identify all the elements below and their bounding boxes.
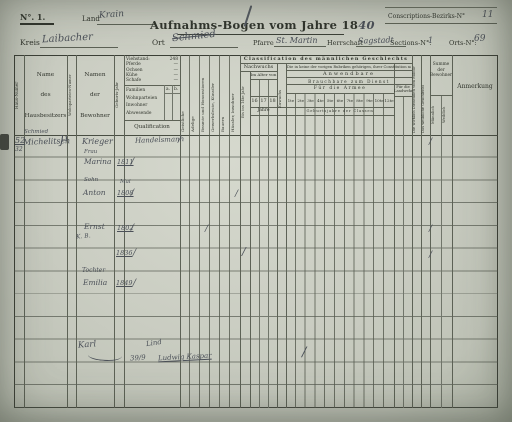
ort-label: Ort	[152, 38, 165, 47]
tally-mark: ∕	[429, 137, 432, 147]
col-hausbesitzer-line1: Name	[37, 72, 54, 78]
summe-header: Summe der Bewohner	[430, 62, 452, 79]
class-tick: 2te	[296, 98, 306, 103]
familien-col-b: b.	[174, 87, 178, 92]
class-tick: 10te	[374, 98, 384, 103]
grid-line	[250, 71, 251, 408]
resident-name: Emilia	[83, 278, 107, 287]
conscription-value-handwritten: 11	[482, 10, 493, 20]
age-tick: 16	[250, 98, 259, 104]
tally-mark: ∕	[235, 189, 238, 199]
nachwuchs-ages: 16 17 18	[250, 98, 277, 104]
form-title-text: Aufnahms-Bogen vom Jahre 18	[150, 18, 358, 32]
tally-mark: ∕	[429, 250, 432, 260]
tally-mark: ∕	[429, 224, 432, 234]
nachwuchs-header: Nachwuchs	[240, 64, 277, 70]
im-alter-von-label: Im Alter von	[250, 72, 277, 77]
age-tick: 18	[268, 98, 277, 104]
col-bewohner-line3: Bewohner	[80, 113, 110, 119]
tally-mark: ∕	[242, 245, 246, 258]
col-hausbesitzer: Name des Hausbesitzers	[24, 57, 67, 133]
grid-line	[441, 95, 442, 408]
class-col-label: Geistliche	[180, 56, 190, 134]
armee-column-lines	[286, 93, 393, 408]
grid-line	[164, 85, 165, 120]
tally-mark: ∕	[302, 345, 306, 360]
resident-relation: Frau	[84, 149, 97, 155]
class-tick: 7te	[345, 98, 355, 103]
grid-line	[250, 79, 277, 80]
resident-name: Anton	[83, 188, 106, 197]
col-bewohner-line1: Namen	[84, 72, 105, 78]
scanned-census-sheet: N°. 1. Land Krain Aufnahms-Bogen vom Jah…	[0, 0, 512, 422]
pfarre-label: Pfarre	[253, 39, 274, 47]
ort-rule	[170, 47, 238, 48]
grid-line	[259, 79, 260, 408]
resident-relation: Sohn	[84, 177, 98, 183]
resident-relation: Tochter	[82, 267, 105, 274]
owner-number-handwritten: 1	[64, 135, 68, 143]
age-tick: 17	[259, 98, 268, 104]
landwehr-header: Für die Landwehr	[394, 85, 412, 94]
summe-weiblich: Weiblich	[441, 97, 452, 133]
familien-box: Familien Wohnparteien Inwohner Abwesende	[126, 87, 163, 118]
col-weibliches-geschlecht: Das weibliche Geschlecht	[421, 57, 430, 133]
qualification-header: Qualification	[124, 124, 180, 130]
pfarre-rule	[274, 46, 326, 47]
resident-year-month: Mai	[120, 179, 131, 185]
sections-value-handwritten: 1	[428, 36, 433, 45]
land-label: Land	[82, 15, 100, 23]
grid-line	[394, 96, 412, 97]
class-tick: 12te	[384, 98, 394, 103]
nachwuchs-bis-label: Bis ins 14te Jahr	[240, 72, 250, 132]
signature-numbers-handwritten: 39/9	[130, 353, 146, 362]
scan-edge-smudge	[0, 134, 9, 150]
grid-line	[452, 55, 453, 408]
grid-line	[394, 63, 395, 408]
tally-mark: ∕	[178, 135, 181, 145]
class-tick: 8te	[355, 98, 365, 103]
house-note-handwritten: Schmied	[24, 129, 48, 135]
sheet-number: N°. 1.	[20, 12, 45, 22]
jahre-label: Jahre	[250, 108, 277, 113]
col-militar-dienende: Die wirklich Dienenden vom Militär	[412, 57, 421, 133]
class-tick: 5te	[325, 98, 335, 103]
class-tick: 4te	[315, 98, 325, 103]
class-col-label: Bauern	[220, 56, 230, 134]
armee-class-ticks: 1te 2te 3te 4te 5te 6te 7te 8te 9te 10te…	[286, 98, 394, 103]
grid-line	[250, 115, 394, 116]
col-hausbesitzer-line3: Hausbesitzers	[25, 113, 67, 119]
pfarre-value-handwritten: St. Martin	[276, 36, 318, 45]
grid-line	[403, 96, 404, 408]
col-geburts-jahr: Geburts-Jahr	[114, 57, 124, 133]
grid-line	[268, 79, 269, 408]
orts-no-value-handwritten: 69	[474, 34, 485, 44]
brauchbare-header: Brauchbare zum Dienst	[286, 79, 412, 84]
col-hausbesitzer-line2: des	[40, 92, 50, 98]
class-tick: 9te	[365, 98, 375, 103]
kreis-value-handwritten: Laibacher	[42, 32, 93, 46]
sheet-number-rule	[20, 23, 54, 25]
kreis-label: Kreis	[20, 38, 40, 47]
classification-footer: Geburtsjahre der Classen	[286, 109, 394, 113]
grid-line	[286, 93, 394, 94]
classification-title: Classification des männlichen Geschlecht…	[240, 56, 412, 62]
conscription-rule	[385, 23, 497, 24]
grid-line	[430, 95, 452, 96]
familien-row: Abwesende	[126, 110, 163, 118]
conscription-box-top-rule	[385, 7, 497, 8]
resident-year: 1849	[116, 279, 133, 287]
tally-mark: ∕	[133, 248, 136, 258]
col-bewohner: Namen der Bewohner	[76, 57, 114, 133]
tally-mark: ∕	[205, 224, 208, 234]
resident-year: 1836	[116, 249, 133, 257]
tally-mark: ∕	[131, 223, 134, 233]
viehstand-row-value: —	[174, 78, 178, 83]
anmerkung-header: Anmerkung	[452, 83, 498, 90]
tally-mark: ∕	[131, 157, 134, 167]
class-col-label: Adelige	[190, 56, 200, 134]
anwendbare-header: Anwendbare	[286, 71, 412, 77]
resident-qualification: Handelsmann	[135, 135, 184, 145]
summe-maennlich: Männlich	[430, 97, 441, 133]
familien-row: Wohnparteien	[126, 95, 163, 103]
class-tick: 1te	[286, 98, 296, 103]
class-tick: 6te	[335, 98, 345, 103]
class-col-label: Gewerbsleute, Künstler	[210, 56, 220, 134]
familien-header: Familien	[126, 87, 163, 95]
form-title: Aufnahms-Bogen vom Jahre 1840	[150, 18, 370, 32]
zuwachs-col-label: Zuwachs	[277, 66, 286, 132]
viehstand-row-label: Schafe	[126, 78, 141, 83]
land-rule	[97, 24, 155, 25]
kreis-rule	[40, 47, 118, 48]
familien-row: Inwohner	[126, 102, 163, 110]
grid-line	[124, 120, 180, 121]
col-wohnparteien-numer: Wohnparteien-Numer	[67, 57, 76, 133]
form-title-year-handwritten: 40	[358, 18, 375, 32]
resident-name: Ernst	[84, 222, 105, 231]
grid-line	[250, 96, 277, 97]
familien-col-a: a.	[166, 87, 170, 92]
grid-line	[172, 85, 173, 120]
class-columns-header: Geistliche Adelige Beamte und Honoratior…	[180, 56, 240, 134]
land-value-handwritten: Krain	[99, 9, 125, 21]
class-col-label: Häusler, Inwohner	[230, 56, 240, 134]
viehstand-box: Viehstand:248 Pferde— Ochsen— Kühe— Scha…	[126, 57, 178, 84]
col-bewohner-line2: der	[90, 92, 100, 98]
class-col-label: Beamte und Honoratioren	[200, 56, 210, 134]
fuer-die-armee-header: Für die Armee	[286, 86, 394, 91]
class-tick: 3te	[306, 98, 316, 103]
tally-mark: ∕	[133, 278, 136, 288]
sections-label: Sections-N°:	[390, 39, 431, 47]
herrschaft-value-handwritten: Sagstadt	[358, 35, 394, 45]
conscription-label: Conscriptions-Bezirks-N°	[388, 13, 465, 20]
col-haus-numer: Haus-Numer	[14, 57, 24, 133]
orts-no-label: Orts-N°:	[449, 39, 477, 47]
owner-note-handwritten: K. B.	[76, 232, 91, 240]
house-number-alt-handwritten: 32	[15, 146, 23, 153]
anwendbare-caption: Die in keine der vorigen Rubriken gehöri…	[287, 65, 411, 69]
resident-name: Marina	[84, 157, 111, 166]
resident-name: Krieger	[82, 137, 113, 146]
tally-mark: ∕	[131, 188, 134, 198]
